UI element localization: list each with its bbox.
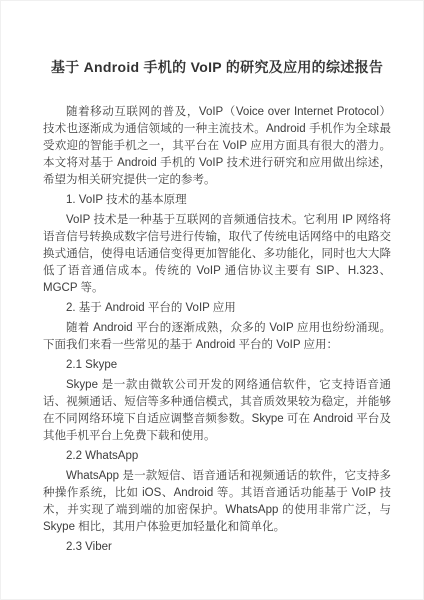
section-2-2-heading: 2.2 WhatsApp (43, 448, 391, 465)
document-title: 基于 Android 手机的 VoIP 的研究及应用的综述报告 (43, 57, 391, 78)
section-2-intro-paragraph: 随着 Android 平台的逐渐成熟，众多的 VoIP 应用也纷纷涌现。下面我们… (43, 320, 391, 354)
section-1-heading: 1. VoIP 技术的基本原理 (43, 192, 391, 209)
section-2-1-paragraph: Skype 是一款由微软公司开发的网络通信软件，它支持语音通话、视频通话、短信等… (43, 377, 391, 445)
section-1-paragraph: VoIP 技术是一种基于互联网的音频通信技术。它利用 IP 网络将语音信号转换成… (43, 212, 391, 297)
section-2-3-heading: 2.3 Viber (43, 539, 391, 556)
document-page: 基于 Android 手机的 VoIP 的研究及应用的综述报告 随着移动互联网的… (0, 0, 424, 600)
section-2-2-paragraph: WhatsApp 是一款短信、语音通话和视频通话的软件，它支持多种操作系统，比如… (43, 468, 391, 536)
section-2-1-heading: 2.1 Skype (43, 357, 391, 374)
intro-paragraph: 随着移动互联网的普及，VoIP（Voice over Internet Prot… (43, 104, 391, 189)
section-2-heading: 2. 基于 Android 平台的 VoIP 应用 (43, 300, 391, 317)
